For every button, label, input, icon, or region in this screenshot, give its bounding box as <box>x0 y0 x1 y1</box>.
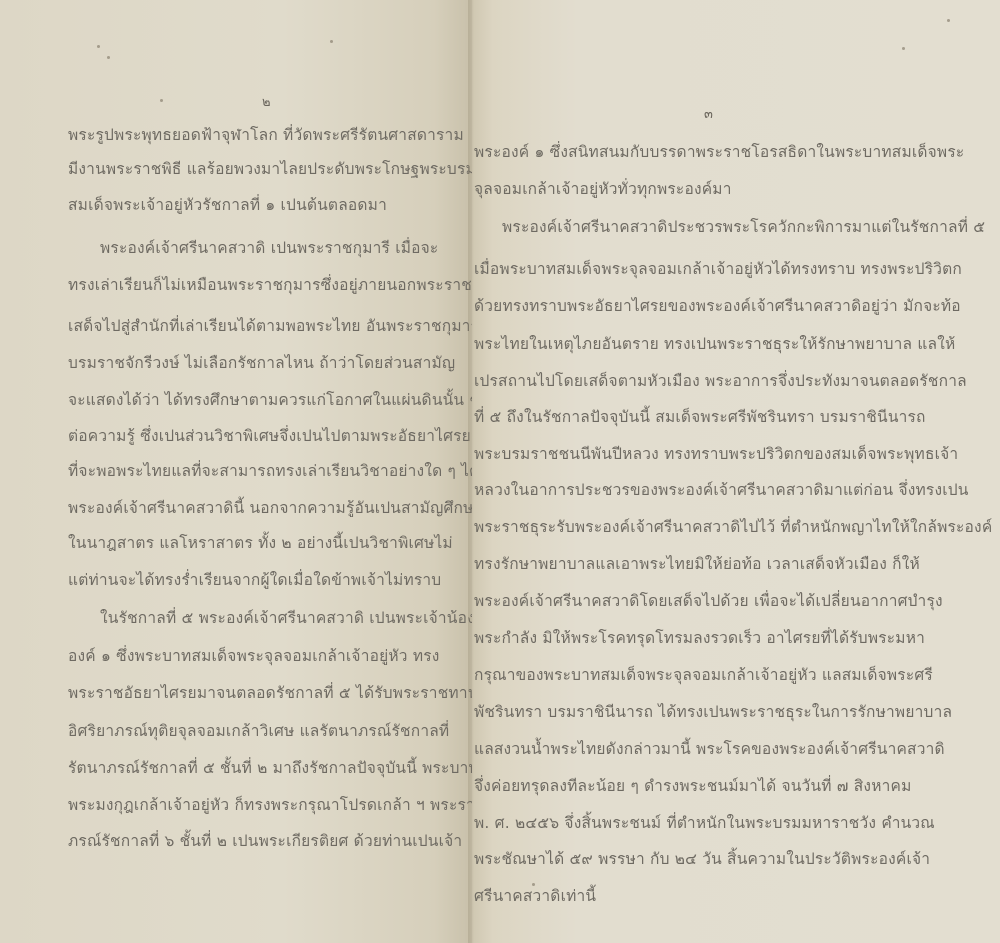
text-line: จุลจอมเกล้าเจ้าอยู่หัวทั่วทุกพระองค์มา <box>474 176 732 201</box>
paper-speck <box>97 45 100 48</box>
page-number: ๒ <box>262 91 271 112</box>
text-line: เมื่อพระบาทสมเด็จพระจุลจอมเกล้าเจ้าอยู่ห… <box>474 256 962 281</box>
text-line: สมเด็จพระเจ้าอยู่หัวรัชกาลที่ ๑ เปนต้นตล… <box>68 192 387 217</box>
text-line: ด้วยทรงทราบพระอัธยาไศรยของพระองค์เจ้าศรี… <box>474 293 961 318</box>
paper-speck <box>330 40 333 43</box>
paper-speck <box>902 47 905 50</box>
text-line: กรุณาของพระบาทสมเด็จพระจุลจอมเกล้าเจ้าอย… <box>474 662 933 687</box>
text-line: พระองค์เจ้าศรีนาคสวาดิประชวรพระโรควักกะพ… <box>502 214 985 239</box>
paper-speck <box>696 150 699 153</box>
page-number: ๓ <box>704 103 713 124</box>
text-line: พระบรมราชชนนีพันปีหลวง ทรงทราบพระปริวิตก… <box>474 441 958 466</box>
text-line: ในนาฎสาตร แลโหราสาตร ทั้ง ๒ อย่างนี้เปนว… <box>68 530 453 555</box>
book-spread: ๒ พระรูปพระพุทธยอดฟ้าจุฬาโลก ที่วัดพระศร… <box>0 0 1000 943</box>
text-line: พระมงกุฎเกล้าเจ้าอยู่หัว ก็ทรงพระกรุณาโป… <box>68 792 472 817</box>
text-line: มีงานพระราชพิธี แลร้อยพวงมาไลยประดับพระโ… <box>68 156 472 181</box>
text-line: พระรูปพระพุทธยอดฟ้าจุฬาโลก ที่วัดพระศรีร… <box>68 122 464 147</box>
text-line: ศรีนาคสวาดิเท่านี้ <box>474 883 596 908</box>
text-line: ทรงรักษาพยาบาลแลเอาพระไทยมิให้ย่อท้อ เวล… <box>474 551 920 576</box>
text-line: ภรณ์รัชกาลที่ ๖ ชั้นที่ ๒ เปนพระเกียรติย… <box>68 828 462 853</box>
text-line: จึ่งค่อยทรุดลงทีละน้อย ๆ ดำรงพระชนม์มาได… <box>474 773 912 798</box>
text-line: พระชัณษาได้ ๕๙ พรรษา กับ ๒๔ วัน สิ้นความ… <box>474 846 930 871</box>
text-line: ทรงเล่าเรียนก็ไม่เหมือนพระราชกุมารซึ่งอย… <box>68 272 472 297</box>
text-line: ที่จะพอพระไทยแลที่จะสามารถทรงเล่าเรียนวิ… <box>68 458 472 483</box>
text-line: พระองค์เจ้าศรีนาคสวาดินี้ นอกจากความรู้อ… <box>68 495 472 520</box>
text-line: พระองค์เจ้าศรีนาคสวาดิ เปนพระราชกุมารี เ… <box>100 235 438 260</box>
text-line: เปรสถานไปโดยเสด็จตามหัวเมือง พระอาการจึ่… <box>474 368 967 393</box>
paper-speck <box>160 99 163 102</box>
text-line: พ. ศ. ๒๔๕๖ จึ่งสิ้นพระชนม์ ที่ตำหนักในพร… <box>474 810 935 835</box>
text-line: พระกำลัง มิให้พระโรคทรุดโทรมลงรวดเร็ว อา… <box>474 625 925 650</box>
book-spine <box>468 0 474 943</box>
text-line: รัตนาภรณ์รัชกาลที่ ๕ ชั้นที่ ๒ มาถึงรัชก… <box>68 755 472 780</box>
text-line: บรมราชจักรีวงษ์ ไม่เลือกรัชกาลไหน ถ้าว่า… <box>68 350 455 375</box>
text-line: อิศริยาภรณ์ทุติยจุลจอมเกล้าวิเศษ แลรัตนา… <box>68 718 449 743</box>
text-line: จะแสดงได้ว่า ได้ทรงศึกษาตามควรแก่โอกาศใน… <box>68 387 472 412</box>
text-line: เสด็จไปสู่สำนักที่เล่าเรียนได้ตามพอพระไท… <box>68 313 472 338</box>
left-page: ๒ พระรูปพระพุทธยอดฟ้าจุฬาโลก ที่วัดพระศร… <box>0 0 472 943</box>
paper-speck <box>947 19 950 22</box>
text-line: หลวงในอาการประชวรของพระองค์เจ้าศรีนาคสวา… <box>474 477 969 502</box>
text-line: แลสงวนน้ำพระไทยดังกล่าวมานี้ พระโรคของพร… <box>474 736 945 761</box>
text-line: พัชรินทรา บรมราชินีนารถ ได้ทรงเปนพระราชธ… <box>474 699 952 724</box>
text-line: ที่ ๕ ถึงในรัชกาลปัจจุบันนี้ สมเด็จพระศร… <box>474 404 926 429</box>
text-line: พระราชธุระรับพระองค์เจ้าศรีนาคสวาดิไปไว้… <box>474 514 992 539</box>
paper-speck <box>532 883 535 886</box>
text-line: องค์ ๑ ซึ่งพระบาทสมเด็จพระจุลจอมเกล้าเจ้… <box>68 643 440 668</box>
text-line: ต่อความรู้ ซึ่งเปนส่วนวิชาพิเศษจึ่งเปนไป… <box>68 423 472 448</box>
text-line: พระราชอัธยาไศรยมาจนตลอดรัชกาลที่ ๕ ได้รั… <box>68 680 472 705</box>
right-page: ๓ พระองค์ ๑ ซึ่งสนิทสนมกับบรรดาพระราชโอร… <box>472 0 1000 943</box>
text-line: พระองค์ ๑ ซึ่งสนิทสนมกับบรรดาพระราชโอรสธ… <box>474 139 964 164</box>
text-line: พระไทยในเหตุไภยอันตราย ทรงเปนพระราชธุระใ… <box>474 331 955 356</box>
text-line: พระองค์เจ้าศรีนาคสวาดิโดยเสด็จไปด้วย เพื… <box>474 588 943 613</box>
text-line: แต่ท่านจะได้ทรงร่ำเรียนจากผู้ใดเมื่อใดข้… <box>68 567 441 592</box>
paper-speck <box>107 56 110 59</box>
text-line: ในรัชกาลที่ ๕ พระองค์เจ้าศรีนาคสวาดิ เปน… <box>100 605 472 630</box>
